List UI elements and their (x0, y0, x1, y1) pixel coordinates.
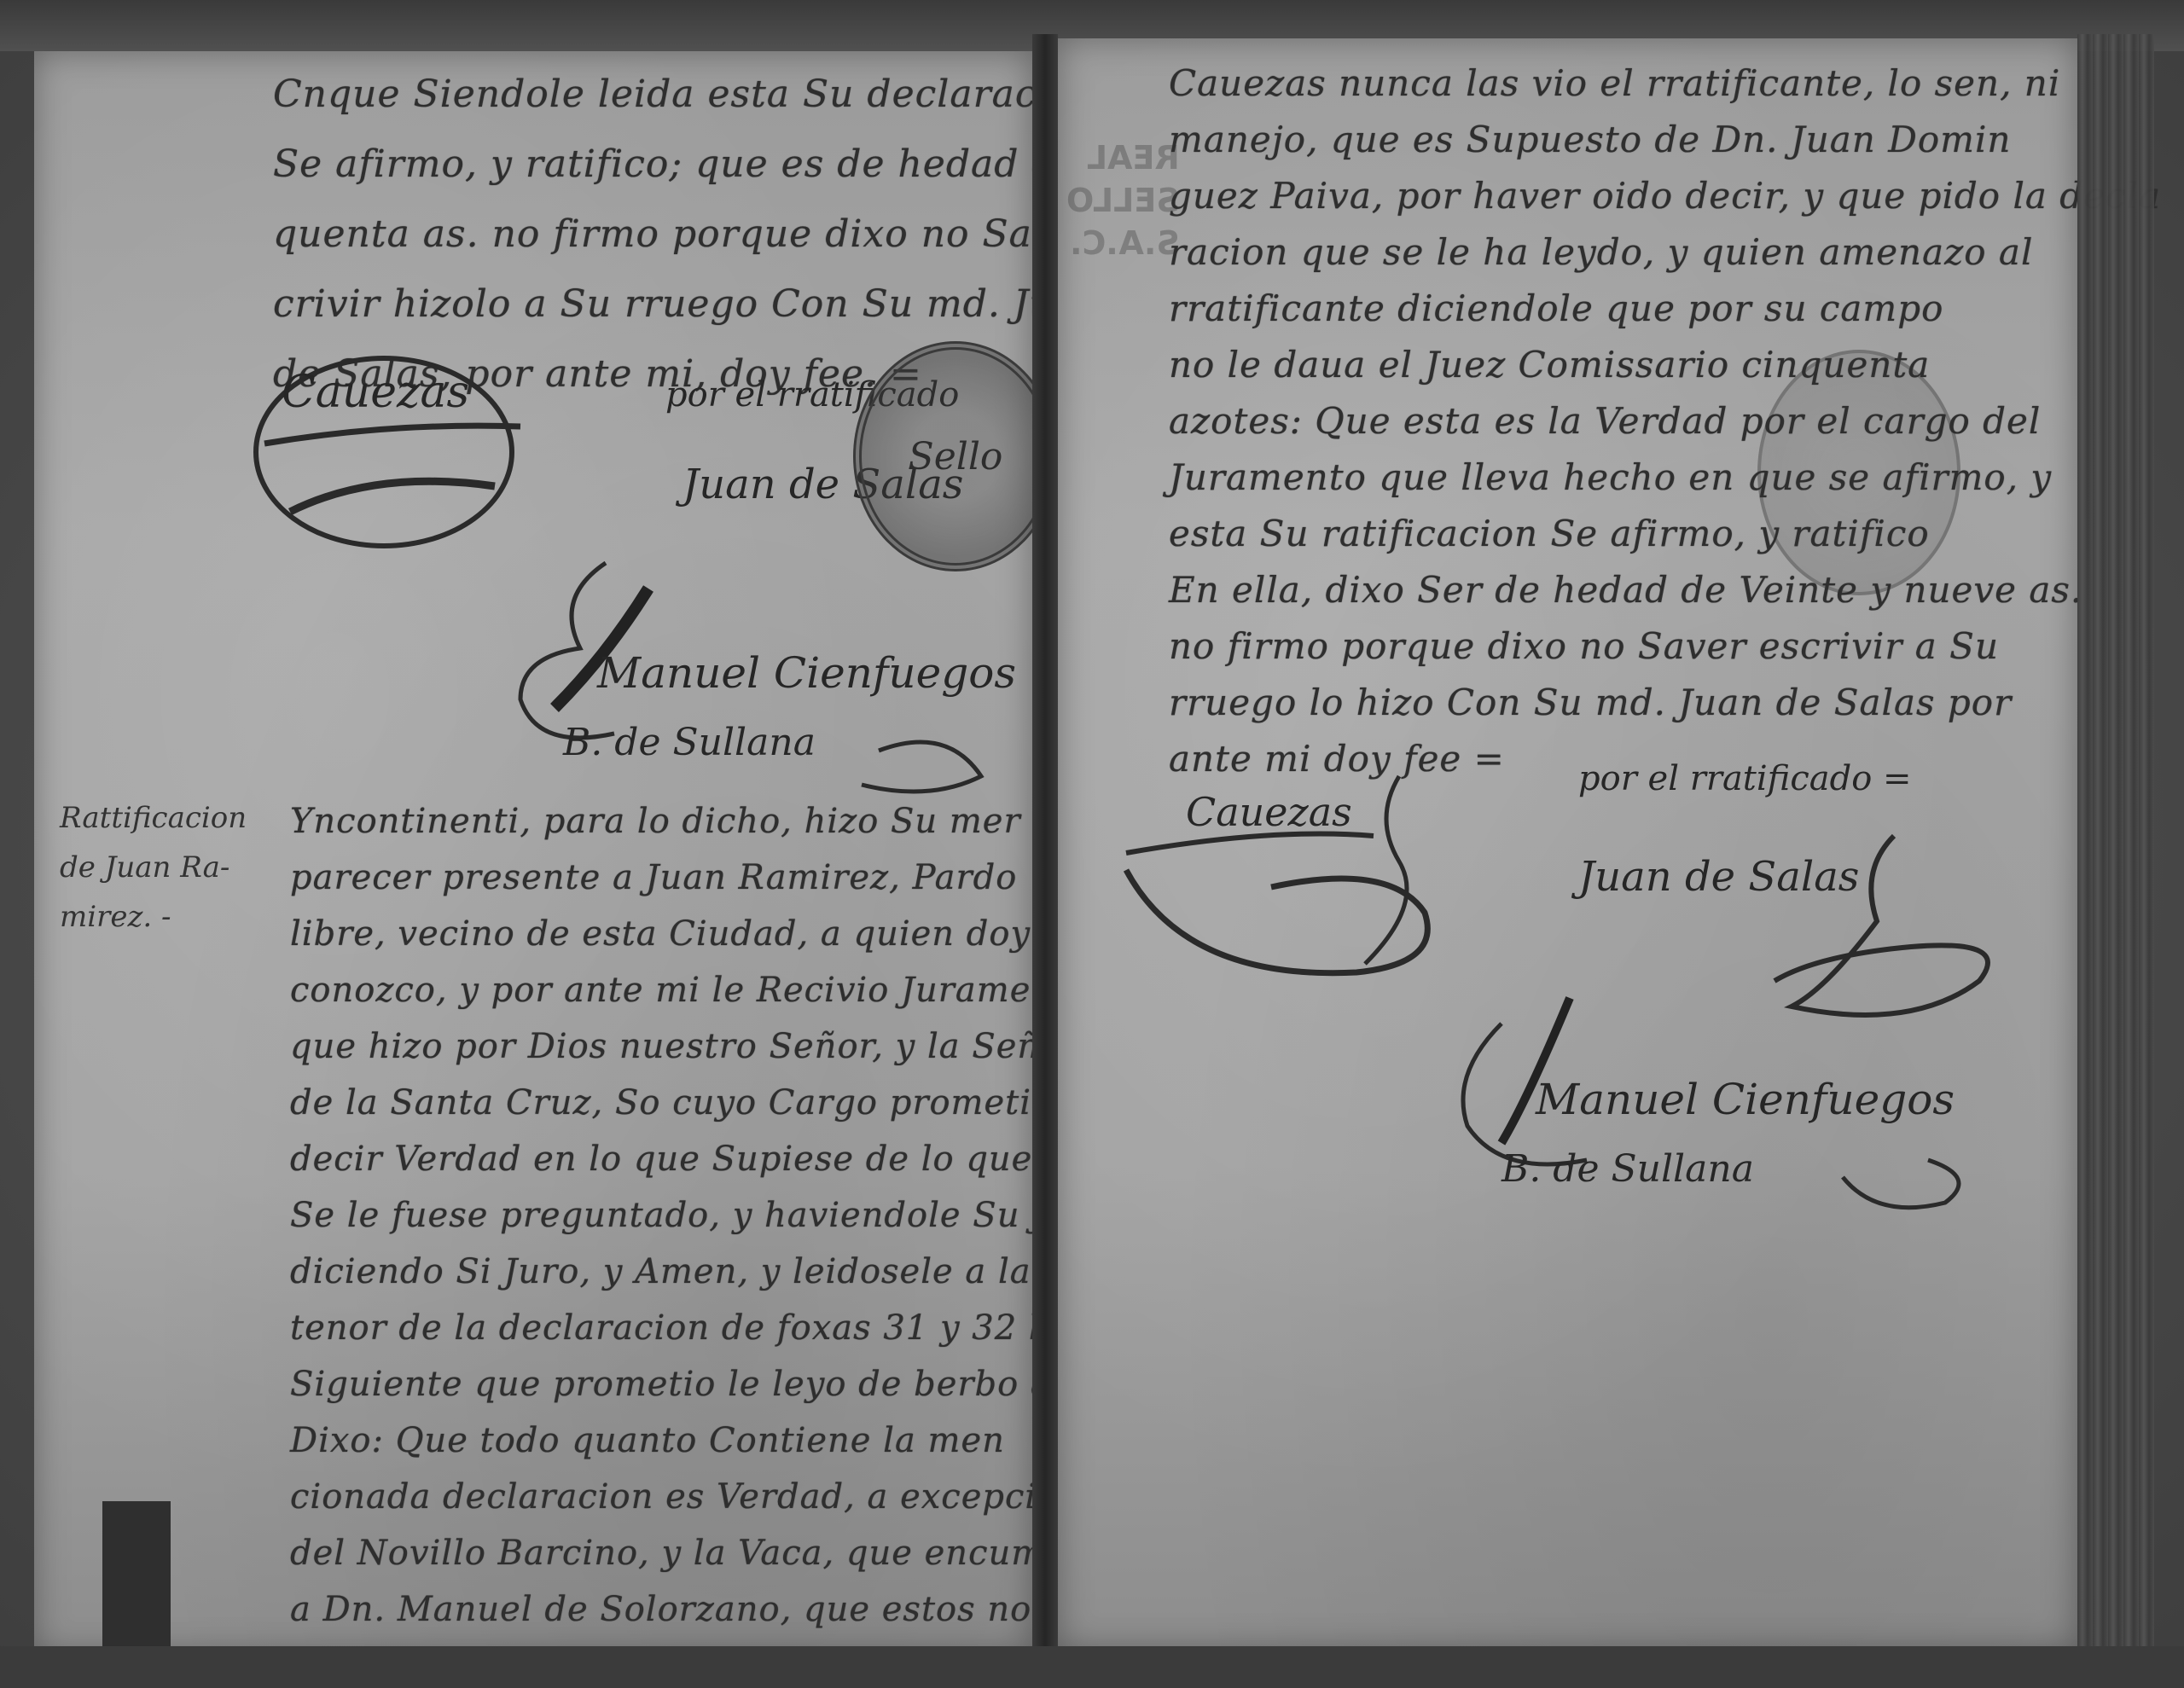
margin-note-line: mirez. - (60, 892, 247, 942)
text-line: esta Su ratificacion Se afirmo, y ratifi… (1169, 506, 2161, 562)
text-line: rratificante diciendole que por su campo (1169, 281, 2161, 337)
signature-caption: por el rratificado = (1578, 759, 1912, 798)
signature-notary-line2: B. de Sullana (563, 721, 816, 764)
text-line: rruego lo hizo Con Su md. Juan de Salas … (1169, 675, 2161, 731)
margin-note: Rattificacion de Juan Ra- mirez. - (60, 793, 247, 942)
text-line: no firmo porque dixo no Saver escrivir a… (1169, 618, 2161, 675)
signature-notary-line2: B. de Sullana (1501, 1147, 1754, 1191)
book-binding-edge (2077, 34, 2154, 1655)
signature-cauezas: Cauezas (282, 367, 469, 418)
text-line: manejo, que es Supuesto de Dn. Juan Domi… (1169, 112, 2161, 168)
signature-notary-name: Manuel Cienfuegos (597, 648, 1016, 698)
signature-notary-name: Manuel Cienfuegos (1536, 1075, 1955, 1124)
margin-note-line: Rattificacion (60, 793, 247, 843)
stamp-bleed-through: REAL SELLO S.A.C. (1066, 136, 1180, 264)
text-line: racion que se le ha leydo, y quien amena… (1169, 224, 2161, 281)
book-gutter (1032, 34, 1058, 1655)
seal-label: Sello (909, 435, 1003, 479)
signature-cauezas: Cauezas (1186, 789, 1352, 835)
margin-note-line: de Juan Ra- (60, 843, 247, 892)
text-line: Cauezas nunca las vio el rratificante, l… (1169, 55, 2161, 112)
text-line: En ella, dixo Ser de hedad de Veinte y n… (1169, 562, 2161, 618)
text-line: no le daua el Juez Comissario cinquenta (1169, 337, 2161, 393)
right-page-body-text: Cauezas nunca las vio el rratificante, l… (1169, 55, 2161, 787)
text-line: guez Paiva, por haver oido decir, y que … (1169, 168, 2161, 224)
bottom-shadow (0, 1646, 2184, 1688)
text-line: azotes: Que esta es la Verdad por el car… (1169, 393, 2161, 450)
page-tab-shadow (102, 1501, 171, 1655)
text-line: Juramento que lleva hecho en que se afir… (1169, 450, 2161, 506)
